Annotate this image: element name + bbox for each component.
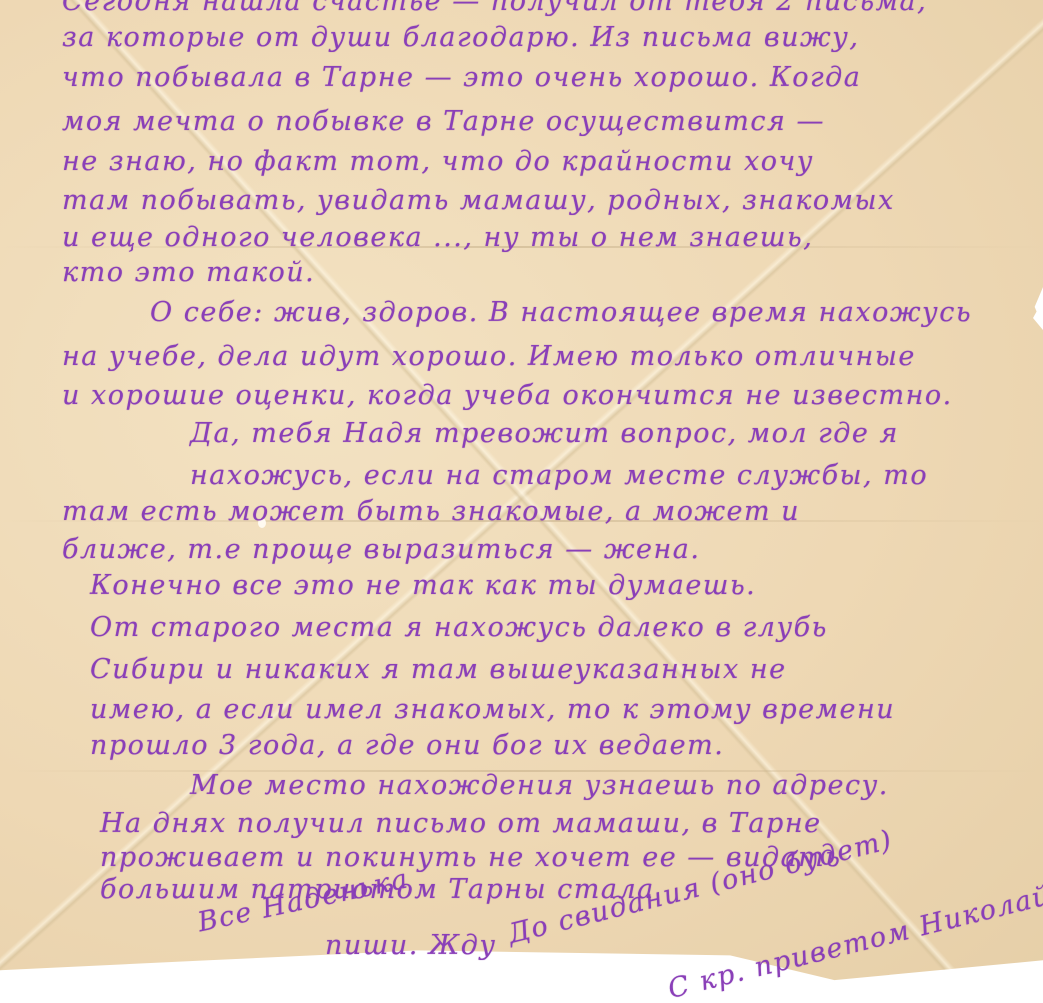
letter-line: О себе: жив, здоров. В настоящее время н…: [150, 297, 972, 328]
letter-line: От старого места я нахожусь далеко в глу…: [90, 612, 828, 643]
handwritten-letter: Сегодня нашла счастье — получил от тебя …: [0, 0, 1043, 1003]
letter-line: На днях получил письмо от мамаши, в Тарн…: [100, 808, 822, 839]
letter-line: на учебе, дела идут хорошо. Имею только …: [62, 341, 916, 372]
letter-line: ближе, т.е проще выразиться — жена.: [62, 534, 700, 565]
letter-line: и еще одного человека ..., ну ты о нем з…: [62, 222, 813, 253]
letter-line: Конечно все это не так как ты думаешь.: [90, 570, 756, 601]
letter-line: Мое место нахождения узнаешь по адресу.: [190, 770, 889, 801]
letter-line: не знаю, но факт тот, что до крайности х…: [62, 146, 814, 177]
letter-line: там побывать, увидать мамашу, родных, зн…: [62, 185, 895, 216]
letter-line: что побывала в Тарне — это очень хорошо.…: [62, 62, 861, 93]
letter-line: Да, тебя Надя тревожит вопрос, мол где я: [190, 418, 899, 449]
letter-line: моя мечта о побывке в Тарне осуществится…: [62, 106, 825, 137]
closing-line: пиши. Жду: [325, 930, 497, 961]
letter-line: имею, а если имел знакомых, то к этому в…: [90, 694, 895, 725]
letter-line: и хорошие оценки, когда учеба окончится …: [62, 380, 953, 411]
letter-line: Сибири и никаких я там вышеуказанных не: [90, 654, 787, 685]
letter-line: там есть может быть знакомые, а может и: [62, 496, 800, 527]
letter-line: Сегодня нашла счастье — получил от тебя …: [62, 0, 927, 17]
letter-line: нахожусь, если на старом месте службы, т…: [190, 460, 928, 491]
letter-line: за которые от души благодарю. Из письма …: [62, 22, 859, 53]
letter-line: кто это такой.: [62, 257, 315, 288]
signature: С кр. приветом Николай: [665, 880, 1043, 1003]
letter-line: прошло 3 года, а где они бог их ведает.: [90, 730, 724, 761]
